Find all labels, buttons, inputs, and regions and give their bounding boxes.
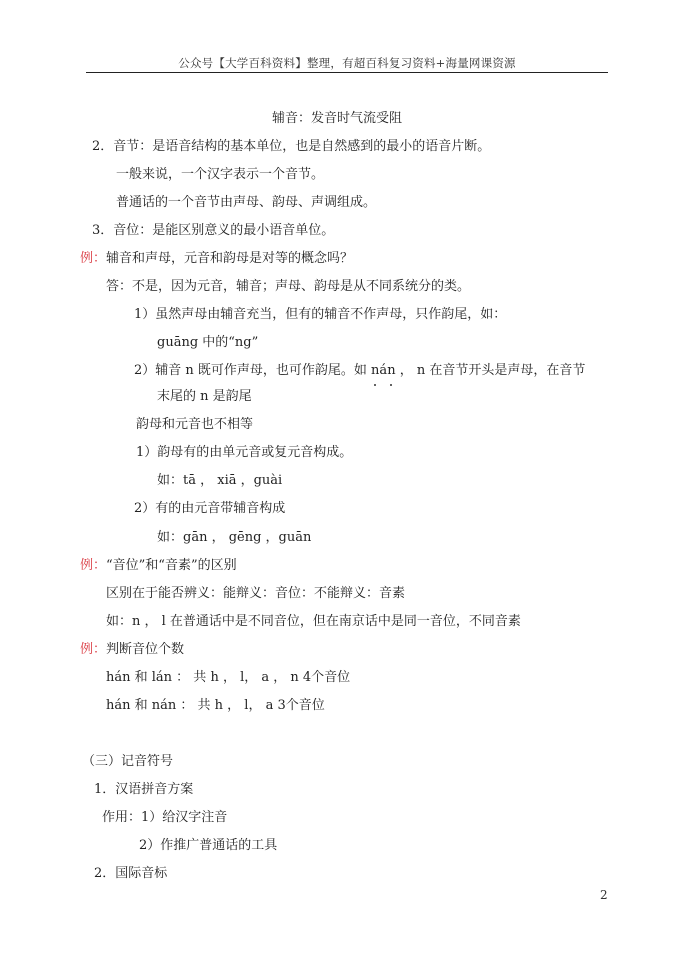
answer-point-1: 1）虽然声母由辅音充当，但有的辅音不作声母，只作韵尾，如： bbox=[134, 306, 506, 324]
dotted-n-final: n bbox=[387, 362, 395, 380]
syllable-note-2: 普通话的一个音节由声母、韵母、声调组成。 bbox=[116, 194, 376, 212]
example-2-title: “音位”和“音素”的区别 bbox=[106, 558, 237, 573]
example-2-distinction: 区别在于能否辨义：能辩义：音位：不能辩义：音素 bbox=[106, 585, 405, 603]
example-1-answer: 答：不是，因为元音，辅音；声母、韵母是从不同系统分的类。 bbox=[106, 278, 470, 296]
finals-point-2-example: 如：gān ， gēng ，guān bbox=[157, 529, 311, 547]
phoneme-count-1: hán 和 lán ： 共 h ， l， a ， n 4个音位 bbox=[106, 669, 350, 687]
page-header: 公众号【大学百科资料】整理，有超百科复习资料+海量网课资源 bbox=[86, 55, 608, 71]
phoneme-definition: 3．音位：是能区别意义的最小语音单位。 bbox=[92, 222, 334, 240]
example-1: 例：辅音和声母，元音和韵母是对等的概念吗？ bbox=[80, 250, 353, 268]
example-3: 例：判断音位个数 bbox=[80, 641, 184, 659]
example-2: 例：“音位”和“音素”的区别 bbox=[80, 557, 237, 575]
syllable-note-1: 一般来说，一个汉字表示一个音节。 bbox=[116, 166, 324, 184]
phoneme-count-2: hán 和 nán ： 共 h ， l， a 3个音位 bbox=[106, 697, 325, 715]
example-label: 例： bbox=[80, 251, 106, 266]
syllable-definition: 2．音节：是语音结构的基本单位，也是自然感到的最小的语音片断。 bbox=[92, 138, 490, 156]
example-3-title: 判断音位个数 bbox=[106, 642, 184, 657]
consonant-definition: 辅音：发音时气流受阻 bbox=[272, 110, 402, 128]
answer-point-2-text-a: 2）辅音 n 既可作声母，也可作韵尾。如 bbox=[134, 363, 371, 378]
finals-point-1-example: 如：tā ， xiā ，guài bbox=[157, 472, 282, 490]
finals-point-2: 2）有的由元音带辅音构成 bbox=[134, 500, 285, 518]
example-2-instance: 如：n ， l 在普通话中是不同音位，但在南京话中是同一音位，不同音素 bbox=[106, 613, 521, 631]
example-label: 例： bbox=[80, 642, 106, 657]
answer-point-2: 2）辅音 n 既可作声母，也可作韵尾。如 nán ， n 在音节开头是声母，在音… bbox=[134, 362, 585, 380]
answer-point-2-cont: 末尾的 n 是韵尾 bbox=[157, 388, 252, 406]
pinyin-function-2: 2）作推广普通话的工具 bbox=[139, 837, 277, 855]
finals-point-1: 1）韵母有的由单元音或复元音构成。 bbox=[136, 444, 352, 462]
finals-vowels-note: 韵母和元音也不相等 bbox=[136, 416, 253, 434]
pinyin-scheme-heading: 1．汉语拼音方案 bbox=[94, 781, 193, 799]
dotted-n-initial: n bbox=[371, 362, 379, 380]
example-label: 例： bbox=[80, 558, 106, 573]
section-3-heading: （三）记音符号 bbox=[82, 753, 173, 771]
pinyin-vowel: á bbox=[379, 363, 387, 378]
answer-point-2-text-b: ， n 在音节开头是声母，在音节 bbox=[396, 363, 586, 378]
pinyin-function-1: 作用：1）给汉字注音 bbox=[102, 809, 227, 827]
example-question: 辅音和声母，元音和韵母是对等的概念吗？ bbox=[106, 251, 353, 266]
page-number: 2 bbox=[600, 888, 608, 902]
header-divider bbox=[86, 72, 608, 73]
answer-point-1-example: guāng 中的“ng” bbox=[157, 334, 258, 352]
ipa-heading: 2．国际音标 bbox=[94, 865, 167, 883]
